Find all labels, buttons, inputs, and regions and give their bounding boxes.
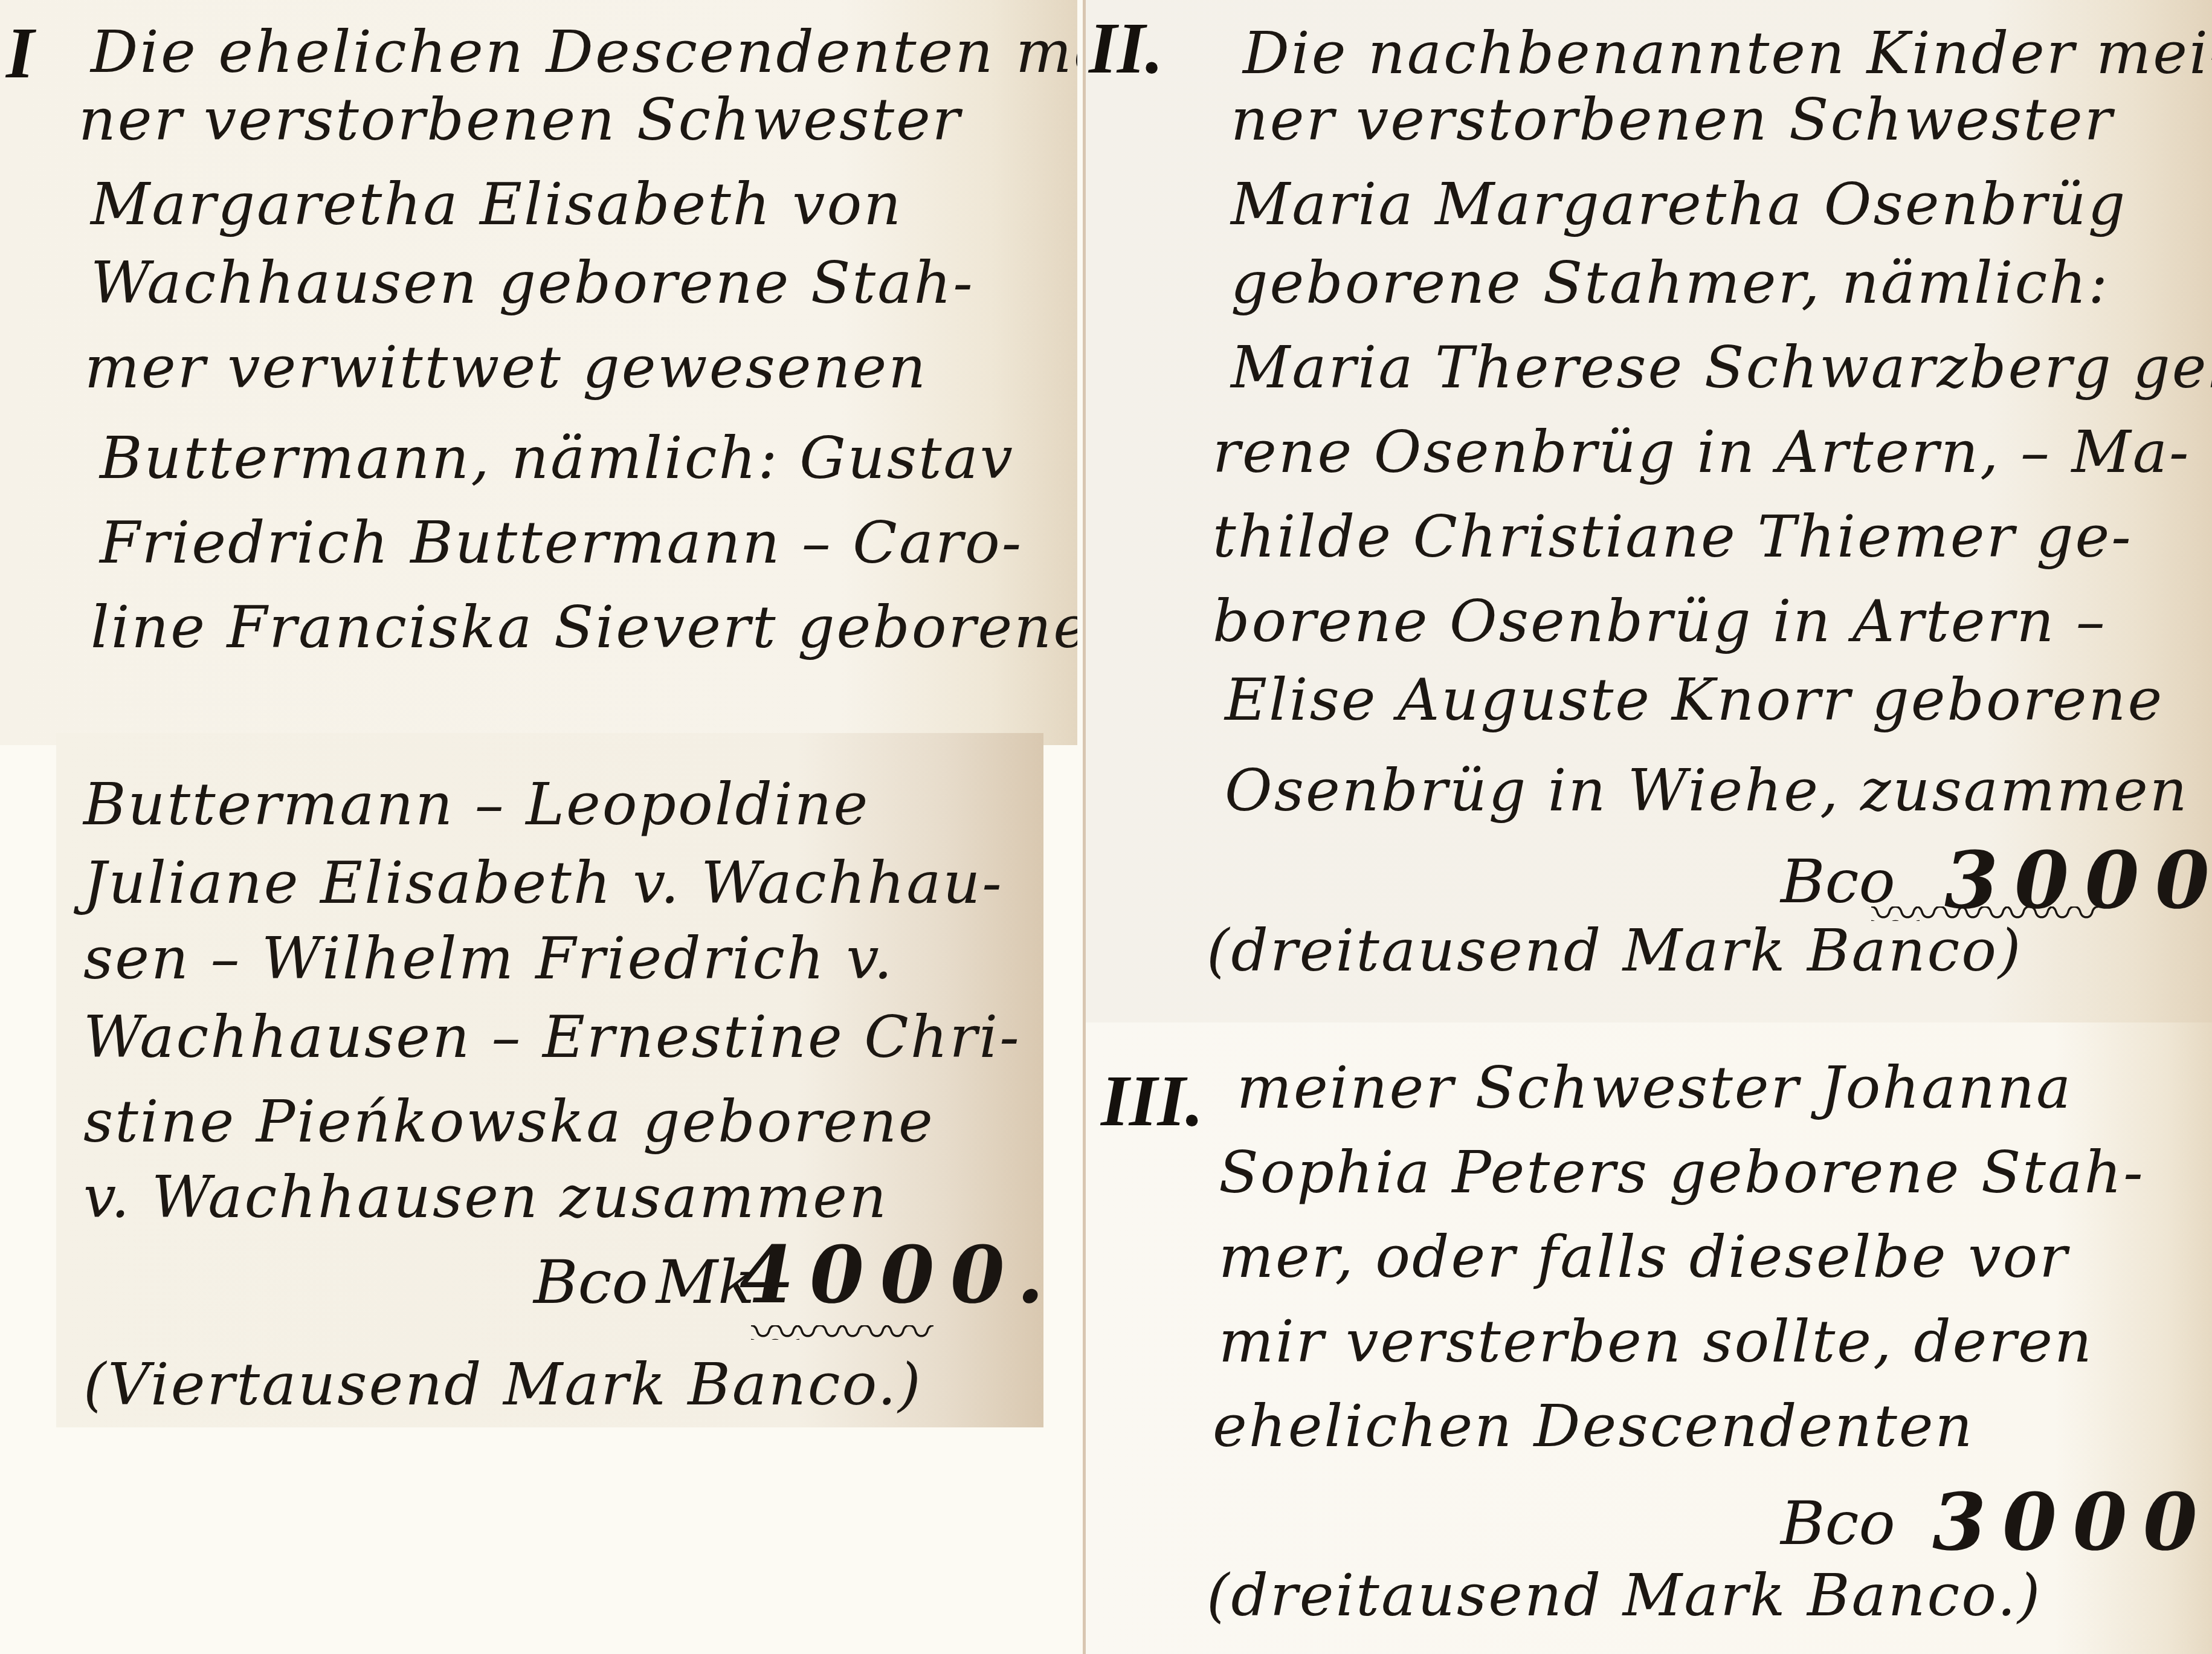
text-line: Buttermann, nämlich: Gustav <box>100 429 1014 487</box>
text-line: Elise Auguste Knorr geborene <box>1225 671 2164 729</box>
document-fragment-section-1-top: I Die ehelichen Descendenten mei- ner ve… <box>0 0 1077 745</box>
text-line: Maria Therese Schwarzberg gebo- <box>1231 338 2212 396</box>
text-line: Juliane Elisabeth v. Wachhau- <box>83 854 1004 912</box>
text-line: thilde Christiane Thiemer ge- <box>1213 508 2133 566</box>
text-line: Sophia Peters geborene Stah- <box>1219 1143 2145 1201</box>
text-line: line Franciska Sievert geborene <box>91 598 1077 656</box>
text-line: Buttermann – Leopoldine <box>83 775 869 833</box>
text-line: ner verstorbenen Schwester <box>79 91 962 149</box>
text-line: sen – Wilhelm Friedrich v. <box>83 929 894 987</box>
text-line: ehelichen Descendenten <box>1213 1397 1974 1455</box>
text-line: Die nachbenannten Kinder mei- <box>1243 24 2212 82</box>
document-fragment-section-1-bottom: Buttermann – Leopoldine Juliane Elisabet… <box>56 733 1043 1427</box>
document-fragment-section-3: III. meiner Schwester Johanna Sophia Pet… <box>1086 1022 2212 1654</box>
text-line: geborene Stahmer, nämlich: <box>1231 254 2109 312</box>
text-line: Margaretha Elisabeth von <box>91 175 903 233</box>
underline-flourish: 〰〰〰〰〰 <box>751 1325 956 1340</box>
amount-line: Bco Mk <box>534 1247 755 1317</box>
text-line: rene Osenbrüg in Artern, – Ma- <box>1213 423 2191 481</box>
text-line: mir versterben sollte, deren <box>1219 1313 2094 1371</box>
text-line: ner verstorbenen Schwester <box>1231 91 2114 149</box>
section-numeral: III. <box>1101 1065 1204 1137</box>
text-line: Maria Margaretha Osenbrüg <box>1231 175 2127 233</box>
text-line: meiner Schwester Johanna <box>1237 1059 2072 1117</box>
text-line: mer, oder falls dieselbe vor <box>1219 1228 2069 1286</box>
section-numeral: I <box>6 17 34 89</box>
currency-abbrev: Bco <box>534 1247 648 1317</box>
text-line: Die ehelichen Descendenten mei- <box>91 23 1077 81</box>
document-fragment-section-2: II. Die nachbenannten Kinder mei- ner ve… <box>1086 0 2212 1022</box>
text-line: Osenbrüg in Wiehe, zusammen <box>1225 761 2189 819</box>
text-line: Wachhausen geborene Stah- <box>91 254 975 312</box>
section-numeral: II. <box>1089 12 1163 85</box>
text-line: v. Wachhausen zusammen <box>83 1168 888 1226</box>
amount-value: 3000.– <box>1924 1476 2212 1568</box>
text-line: stine Pieńkowska geborene <box>83 1093 935 1151</box>
amount-in-words: (dreitausend Mark Banco) <box>1207 922 2023 980</box>
text-line: Wachhausen – Ernestine Chri- <box>83 1008 1021 1066</box>
amount-line: Bco <box>1781 1488 1895 1559</box>
amount-in-words: (Viertausend Mark Banco.) <box>83 1355 923 1413</box>
text-line: Friedrich Buttermann – Caro- <box>100 514 1023 572</box>
currency-abbrev: Bco <box>1781 1488 1895 1559</box>
text-line: mer verwittwet gewesenen <box>85 338 927 396</box>
amount-in-words: (dreitausend Mark Banco.) <box>1207 1566 2042 1624</box>
text-line: borene Osenbrüg in Artern – <box>1213 592 2107 650</box>
amount-value: 4000.– <box>731 1229 1043 1321</box>
